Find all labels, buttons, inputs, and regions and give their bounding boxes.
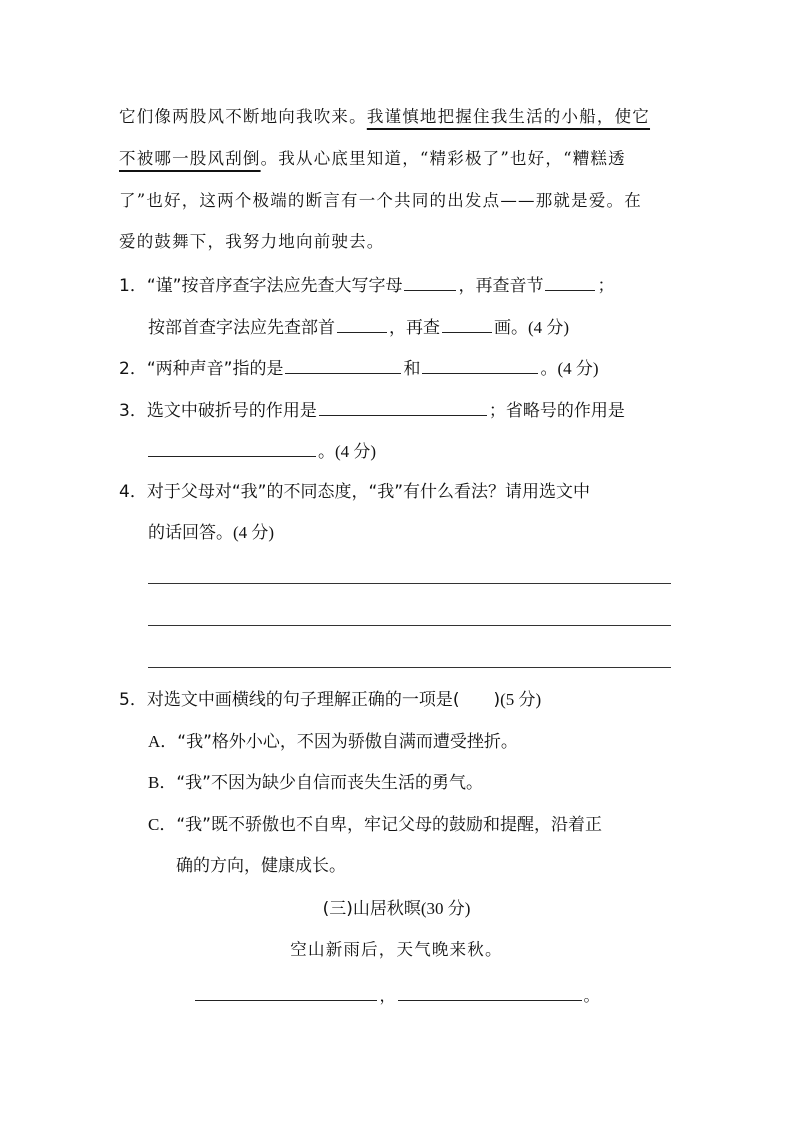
section-title-text: (三)山居秋暝 xyxy=(323,899,421,919)
poem-answer-blank-1[interactable] xyxy=(195,982,377,1001)
score-label: (30 分) xyxy=(421,899,471,918)
option-label: B． xyxy=(148,773,176,792)
option-text: “我”格外小心，不因为骄傲自满而遭受挫折。 xyxy=(177,732,518,752)
passage-text: 它们像两股风不断地向我吹来。 xyxy=(119,107,367,126)
answer-line-2[interactable] xyxy=(148,625,671,626)
question-2: 2．“两种声音”指的是和。(4 分) xyxy=(119,355,599,381)
score-label: (4 分) xyxy=(557,359,598,378)
question-3-line-1: 3．选文中破折号的作用是；省略号的作用是 xyxy=(119,397,625,423)
answer-blank[interactable] xyxy=(545,272,595,291)
answer-blank[interactable] xyxy=(319,397,487,416)
punctuation: 。 xyxy=(584,986,600,1005)
question-text: ； xyxy=(597,276,614,296)
passage-line-2: 不被哪一股风刮倒。我从心底里知道，“精彩极了”也好，“糟糕透 xyxy=(119,147,626,171)
answer-blank[interactable] xyxy=(404,272,456,291)
score-label: (4 分) xyxy=(335,442,376,461)
question-text: 按部首查字法应先查部首 xyxy=(148,318,335,338)
question-text: 。 xyxy=(540,359,557,379)
question-5: 5．对选文中画横线的句子理解正确的一项是()(5 分) xyxy=(119,688,541,712)
question-text: 对选文中画横线的句子理解正确的一项是( xyxy=(147,690,460,710)
passage-line-3: 了”也好，这两个极端的断言有一个共同的出发点——那就是爱。在 xyxy=(119,189,642,213)
option-c-continued: 确的方向，健康成长。 xyxy=(176,854,346,878)
poem-answer-blank-2[interactable] xyxy=(398,982,582,1001)
question-number: 3． xyxy=(119,401,147,421)
question-text: “谨”按音序查字法应先查大写字母 xyxy=(147,276,403,296)
underlined-sentence: 不被哪一股风刮倒 xyxy=(119,149,261,168)
passage-line-1: 它们像两股风不断地向我吹来。我谨慎地把握住我生活的小船，使它 xyxy=(119,105,650,129)
answer-line-3[interactable] xyxy=(148,667,671,668)
question-text: 画。 xyxy=(494,318,528,338)
question-text: 选文中破折号的作用是 xyxy=(147,401,317,421)
question-text: 对于父母对“我”的不同态度，“我”有什么看法？请用选文中 xyxy=(147,482,590,502)
score-label: (4 分) xyxy=(233,523,274,542)
question-1-line-2: 按部首查字法应先查部首，再查画。(4 分) xyxy=(148,314,569,340)
option-text: “我”不因为缺少自信而丧失生活的勇气。 xyxy=(176,773,483,793)
question-text: “两种声音”指的是 xyxy=(147,359,284,379)
section-title: (三)山居秋暝(30 分) xyxy=(0,897,793,921)
option-b[interactable]: B．“我”不因为缺少自信而丧失生活的勇气。 xyxy=(148,771,483,795)
option-label: A． xyxy=(148,732,177,751)
question-text: ，再查 xyxy=(389,318,440,338)
question-4-line-1: 4．对于父母对“我”的不同态度，“我”有什么看法？请用选文中 xyxy=(119,480,590,504)
question-text: 和 xyxy=(403,359,420,379)
question-1-line-1: 1．“谨”按音序查字法应先查大写字母，再查音节； xyxy=(119,272,614,298)
passage-text: 。我从心底里知道，“精彩极了”也好，“糟糕透 xyxy=(261,149,626,168)
question-number: 5． xyxy=(119,690,147,710)
answer-blank[interactable] xyxy=(442,314,492,333)
poem-line-1: 空山新雨后，天气晚来秋。 xyxy=(0,938,793,962)
question-text: 。 xyxy=(318,442,335,462)
question-text: 的话回答。 xyxy=(148,523,233,543)
answer-blank[interactable] xyxy=(337,314,387,333)
answer-blank[interactable] xyxy=(422,355,538,374)
option-label: C． xyxy=(148,815,176,834)
answer-blank[interactable] xyxy=(148,438,316,457)
option-c[interactable]: C．“我”既不骄傲也不自卑，牢记父母的鼓励和提醒，沿着正 xyxy=(148,813,602,837)
answer-line-1[interactable] xyxy=(148,583,671,584)
question-text: ，再查音节 xyxy=(458,276,543,296)
question-number: 1． xyxy=(119,276,147,296)
answer-blank[interactable] xyxy=(285,355,401,374)
punctuation: ， xyxy=(379,986,395,1005)
passage-line-4: 爱的鼓舞下，我努力地向前驶去。 xyxy=(119,230,385,254)
question-text: ；省略号的作用是 xyxy=(489,401,625,421)
option-a[interactable]: A．“我”格外小心，不因为骄傲自满而遭受挫折。 xyxy=(148,730,518,754)
question-4-line-2: 的话回答。(4 分) xyxy=(148,521,274,545)
question-number: 4． xyxy=(119,482,147,502)
poem-blank-line: ，。 xyxy=(0,982,793,1008)
exam-page: 它们像两股风不断地向我吹来。我谨慎地把握住我生活的小船，使它 不被哪一股风刮倒。… xyxy=(0,0,793,1122)
score-label: (5 分) xyxy=(500,690,541,709)
option-text: “我”既不骄傲也不自卑，牢记父母的鼓励和提醒，沿着正 xyxy=(176,815,602,835)
score-label: (4 分) xyxy=(528,318,569,337)
question-number: 2． xyxy=(119,359,147,379)
question-3-line-2: 。(4 分) xyxy=(148,438,376,464)
underlined-sentence: 我谨慎地把握住我生活的小船，使它 xyxy=(367,107,650,126)
